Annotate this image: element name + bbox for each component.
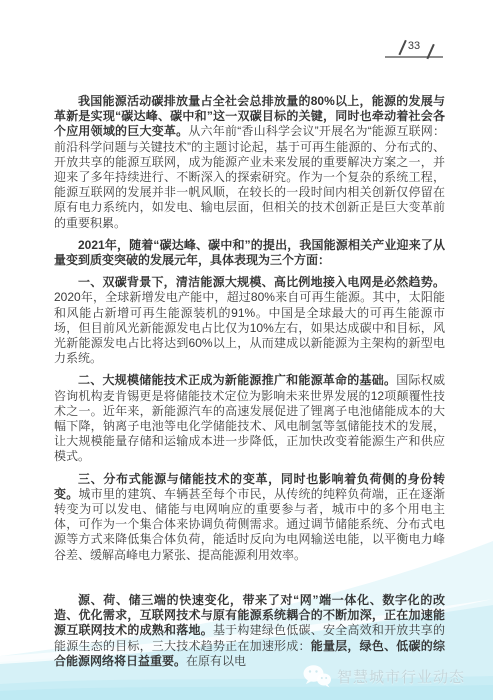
article-body: 我国能源活动碳排放量占全社会总排放量的80%以上，能源的发展与革新是实现“碳达峰…: [54, 94, 445, 676]
paragraph-text: 2020年，全球新增发电产能中，超过80%来自可再生能源。其中，太阳能和风能占新…: [54, 290, 445, 365]
wechat-logo-icon: [302, 664, 332, 688]
paragraph-text: 城市里的建筑、车辆甚至每个市民，从传统的纯粹负荷端，正在逐渐转变为可以发电、储能…: [54, 487, 445, 562]
slash-icon: [427, 44, 435, 59]
page-number: 33: [408, 41, 420, 56]
paragraph-text-bold: 2021年，随着“碳达峰、碳中和”的提出，我国能源相关产业迎来了从量变到质变突破…: [54, 238, 445, 267]
paragraph: 三、分布式能源与储能技术的变革，同时也影响着负荷侧的身份转变。城市里的建筑、车辆…: [54, 472, 445, 563]
page: 33 我国能源活动碳排放量占全社会总排放量的80%以上，能源的发展与革新是实现“…: [0, 0, 493, 700]
watermark-text: 智慧城市行业动态: [337, 666, 465, 687]
paragraph: 我国能源活动碳排放量占全社会总排放量的80%以上，能源的发展与革新是实现“碳达峰…: [54, 94, 445, 231]
paragraph: 2021年，随着“碳达峰、碳中和”的提出，我国能源相关产业迎来了从量变到质变突破…: [54, 238, 445, 268]
paragraph-text: 在原有以电: [186, 654, 246, 668]
watermark: 智慧城市行业动态: [302, 664, 465, 688]
document-page: { "page": { "number": "33" }, "watermark…: [0, 0, 493, 700]
page-number-marker: 33: [385, 33, 443, 58]
paragraph-text-bold: 二、大规模储能技术正成为新能源推广和能源革命的基础。: [78, 373, 396, 387]
slash-icon: [398, 40, 406, 55]
paragraph-text-bold: 一、双碳背景下，清洁能源大规模、高比例地接入电网是必然趋势。: [78, 275, 445, 289]
paragraph: 一、双碳背景下，清洁能源大规模、高比例地接入电网是必然趋势。2020年，全球新增…: [54, 275, 445, 366]
paragraph: 二、大规模储能技术正成为新能源推广和能源革命的基础。国际权威咨询机构麦肯锡更是将…: [54, 373, 445, 464]
paragraph-text: 从六年前“香山科学会议”开展名为“能源互联网：前沿科学问题与关键技术”的主题讨论…: [54, 124, 445, 229]
paragraph: 源、荷、储三端的快速变化，带来了对“网”端一体化、数字化的改造、优化需求，互联网…: [54, 593, 445, 669]
